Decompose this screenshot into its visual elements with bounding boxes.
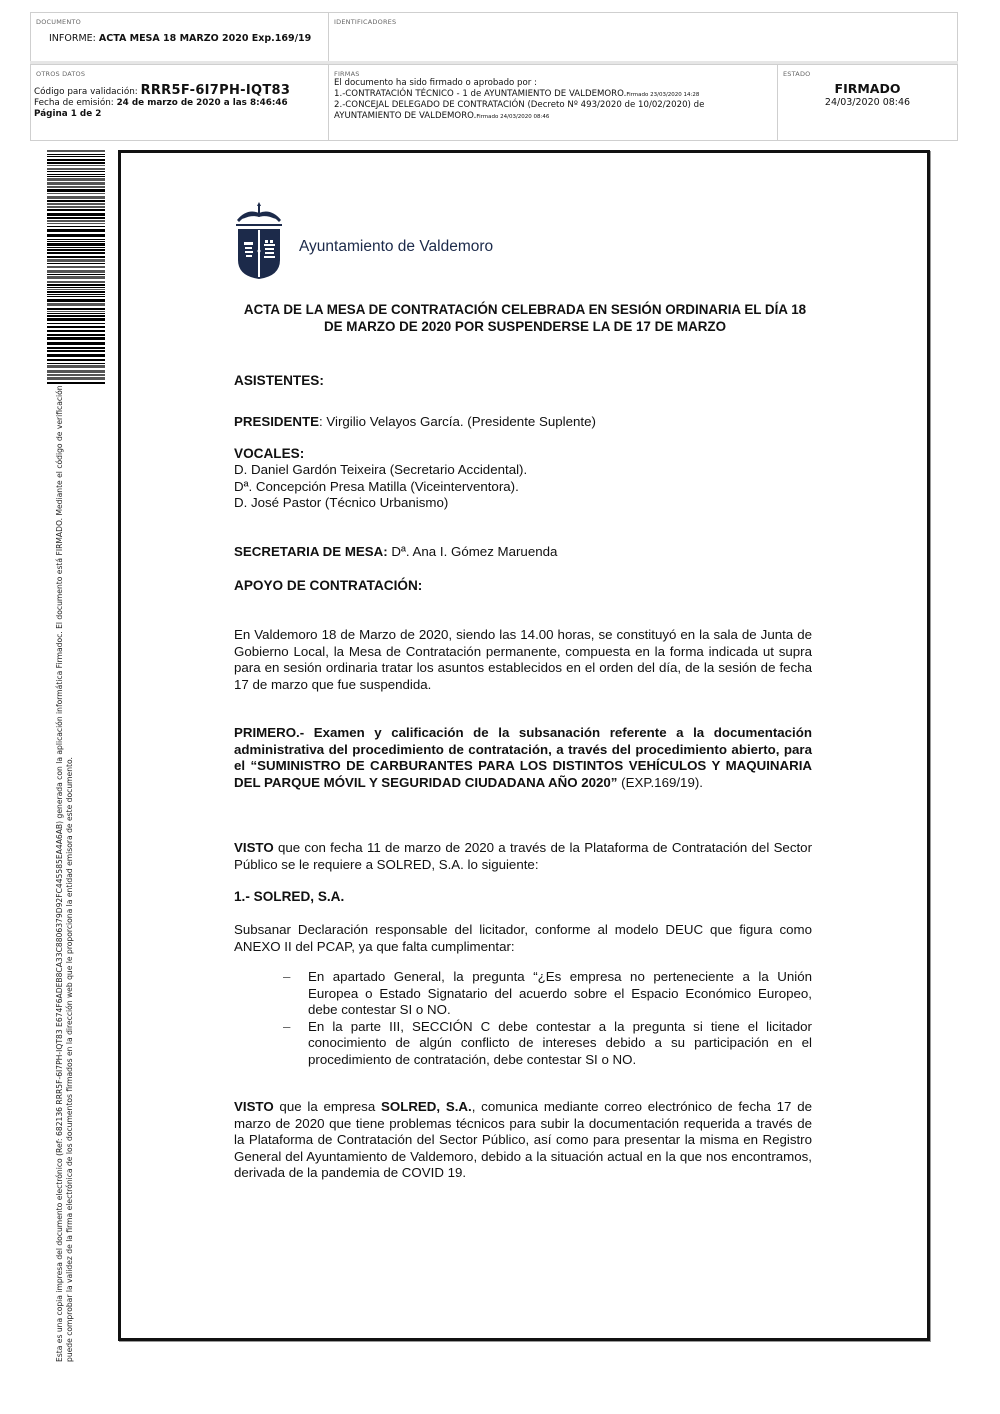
barcode-icon: [47, 150, 105, 385]
list-item-text: En la parte III, SECCIÓN C debe contesta…: [308, 1019, 812, 1067]
page-count-text: Página 1 de 2: [34, 109, 101, 119]
status-badge: FIRMADO: [778, 81, 957, 96]
visto-1-paragraph: VISTO que con fecha 11 de marzo de 2020 …: [234, 840, 812, 873]
header-firmas-cell: FIRMAS El documento ha sido firmado o ap…: [328, 64, 778, 141]
primero-paragraph: PRIMERO.- Examen y calificación de la su…: [234, 725, 812, 791]
validation-code[interactable]: RRR5F-6I7PH-IQT83: [141, 83, 291, 98]
page-count: Página 1 de 2: [34, 109, 290, 120]
documento-label: DOCUMENTO: [36, 18, 81, 26]
primero-bold-text: PRIMERO.- Examen y calificación de la su…: [234, 725, 812, 790]
verification-side-text: Esta es una copia impresa del documento …: [55, 385, 74, 1362]
vocal-item: D. José Pastor (Técnico Urbanismo): [234, 495, 812, 512]
document-title: INFORME: ACTA MESA 18 MARZO 2020 Exp.169…: [49, 33, 311, 44]
document-title-prefix: INFORME:: [49, 33, 96, 44]
status-date: 24/03/2020 08:46: [778, 97, 957, 108]
subsanar-paragraph: Subsanar Declaración responsable del lic…: [234, 922, 812, 955]
otros-datos-label: OTROS DATOS: [36, 70, 85, 78]
emission-date: 24 de marzo de 2020 a las 8:46:46: [117, 98, 288, 108]
secretaria-name: Dª. Ana I. Gómez Maruenda: [388, 544, 558, 559]
secretaria-label: SECRETARIA DE MESA:: [234, 544, 388, 559]
list-item: – En la parte III, SECCIÓN C debe contes…: [283, 1019, 812, 1069]
item-1-heading: 1.- SOLRED, S.A.: [234, 889, 344, 904]
firmante-1-date: Firmado 23/03/2020 14:28: [626, 92, 699, 98]
header-documento-cell: DOCUMENTO INFORME: ACTA MESA 18 MARZO 20…: [30, 12, 329, 62]
dash-bullet-icon: –: [283, 1019, 290, 1036]
firmas-label: FIRMAS: [334, 70, 360, 78]
list-item: – En apartado General, la pregunta “¿Es …: [283, 969, 812, 1019]
firmas-intro: El documento ha sido firmado o aprobado …: [334, 78, 704, 89]
firmante-2-line2: AYUNTAMIENTO DE VALDEMORO.Firmado 24/03/…: [334, 111, 704, 123]
vocales-heading: VOCALES:: [234, 446, 304, 461]
visto-2-label: VISTO: [234, 1099, 274, 1114]
presidente-name: : Virgilio Velayos García. (Presidente S…: [319, 414, 596, 429]
document-title-text: ACTA MESA 18 MARZO 2020 Exp.169/19: [99, 33, 311, 44]
header-identificadores-cell: IDENTIFICADORES: [328, 12, 958, 62]
organization-name: Ayuntamiento de Valdemoro: [299, 238, 493, 256]
firmante-1-text: 1.-CONTRATACIÓN TÉCNICO - 1 de AYUNTAMIE…: [334, 89, 626, 99]
list-item-text: En apartado General, la pregunta “¿Es em…: [308, 969, 812, 1017]
visto-2-company: SOLRED, S.A.: [381, 1099, 472, 1114]
identificadores-label: IDENTIFICADORES: [334, 18, 396, 26]
primero-exp: (EXP.169/19).: [617, 775, 703, 790]
vocal-item: Dª. Concepción Presa Matilla (Viceinterv…: [234, 479, 812, 496]
header-estado-cell: ESTADO FIRMADO 24/03/2020 08:46: [777, 64, 958, 141]
validation-code-label: Código para validación:: [34, 87, 138, 97]
visto-2-text-a: que la empresa: [274, 1099, 381, 1114]
visto-1-label: VISTO: [234, 840, 274, 855]
visto-2-paragraph: VISTO que la empresa SOLRED, S.A., comun…: [234, 1099, 812, 1182]
vocales-list: D. Daniel Gardón Teixeira (Secretario Ac…: [234, 462, 812, 512]
firmante-1: 1.-CONTRATACIÓN TÉCNICO - 1 de AYUNTAMIE…: [334, 89, 704, 101]
presidente-label: PRESIDENTE: [234, 414, 319, 429]
asistentes-heading: ASISTENTES:: [234, 373, 324, 388]
firmante-2-text: AYUNTAMIENTO DE VALDEMORO.: [334, 111, 476, 121]
validation-code-row: Código para validación: RRR5F-6I7PH-IQT8…: [34, 85, 290, 98]
visto-1-text: que con fecha 11 de marzo de 2020 a trav…: [234, 840, 812, 872]
coat-of-arms-logo-icon: [233, 200, 285, 280]
side-text-line1: Esta es una copia impresa del documento …: [55, 385, 65, 1362]
requirements-list: – En apartado General, la pregunta “¿Es …: [283, 969, 812, 1068]
heading-line-2: DE MARZO DE 2020 POR SUSPENDERSE LA DE 1…: [225, 318, 825, 335]
heading-line-1: ACTA DE LA MESA DE CONTRATACIÓN CELEBRAD…: [225, 301, 825, 318]
emission-date-row: Fecha de emisión: 24 de marzo de 2020 a …: [34, 98, 290, 109]
presidente-line: PRESIDENTE: Virgilio Velayos García. (Pr…: [234, 414, 812, 431]
header-otros-datos-cell: OTROS DATOS Código para validación: RRR5…: [30, 64, 329, 141]
firmante-2-date: Firmado 24/03/2020 08:46: [476, 114, 549, 120]
emission-date-label: Fecha de emisión:: [34, 98, 114, 108]
document-heading: ACTA DE LA MESA DE CONTRATACIÓN CELEBRAD…: [225, 301, 825, 335]
intro-paragraph: En Valdemoro 18 de Marzo de 2020, siendo…: [234, 627, 812, 693]
vocal-item: D. Daniel Gardón Teixeira (Secretario Ac…: [234, 462, 812, 479]
firmante-2-line1: 2.-CONCEJAL DELEGADO DE CONTRATACIÓN (De…: [334, 100, 704, 111]
estado-label: ESTADO: [783, 70, 810, 78]
apoyo-heading: APOYO DE CONTRATACIÓN:: [234, 578, 422, 593]
side-text-line2: puede comprobar la validez de la firma e…: [65, 385, 75, 1362]
dash-bullet-icon: –: [283, 969, 290, 986]
secretaria-line: SECRETARIA DE MESA: Dª. Ana I. Gómez Mar…: [234, 544, 812, 561]
